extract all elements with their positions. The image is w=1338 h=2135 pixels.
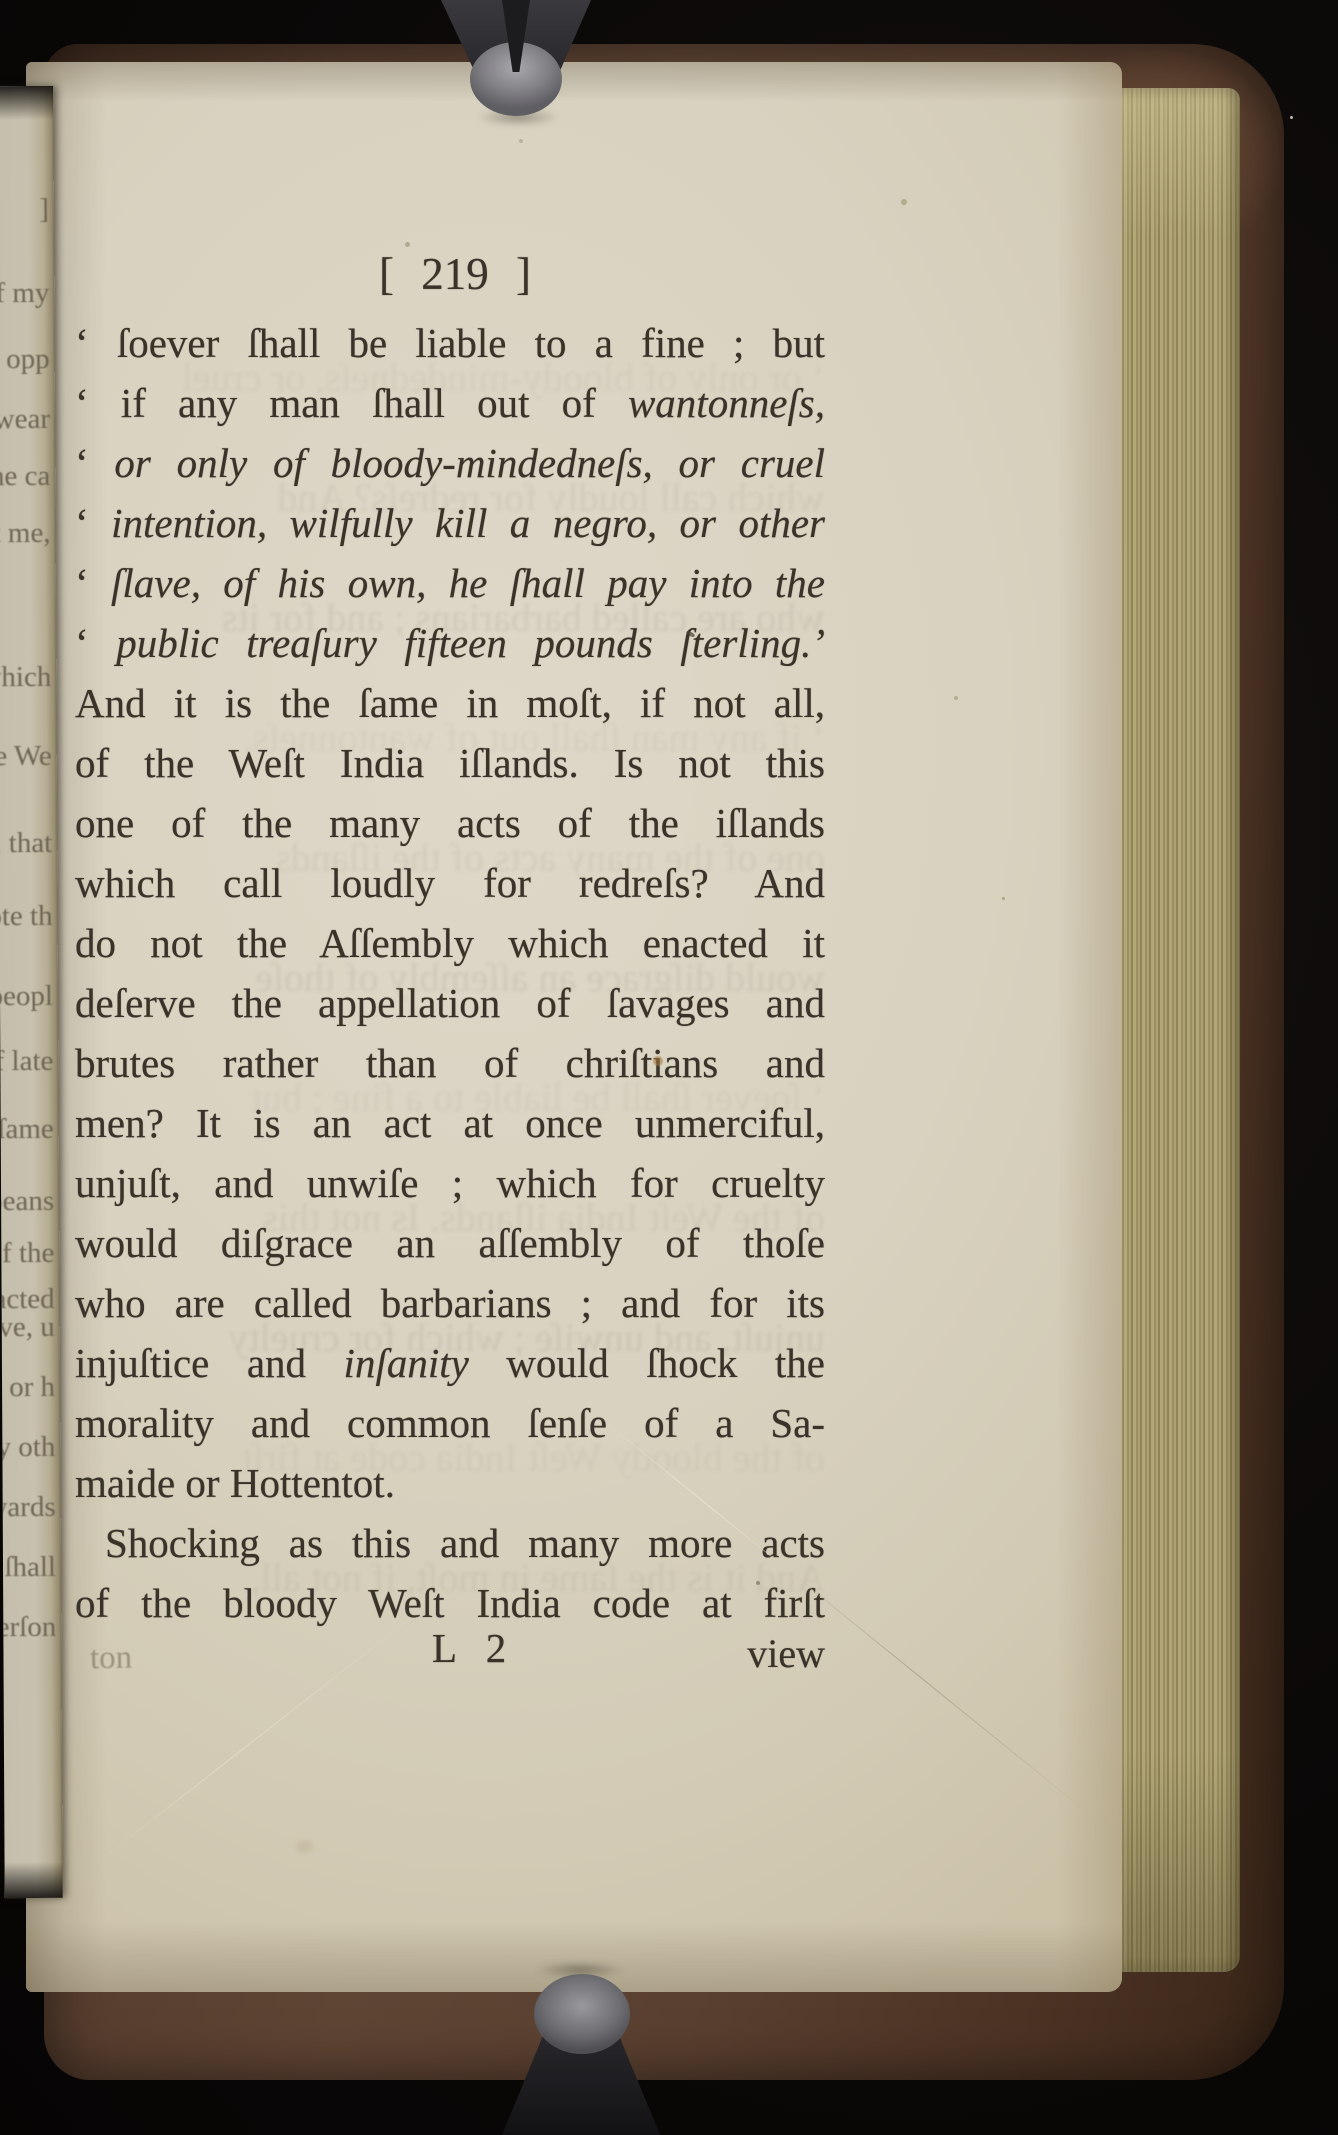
paper-speck [405,242,410,247]
text-segment: injuſtice and [75,1340,344,1386]
text-segment: do not the Aſſembly which enacted it [75,920,825,966]
text-segment: And it is the ſame in moſt, if not all, [75,680,825,726]
paper-speck [519,139,523,143]
paper-speck [1002,897,1005,900]
dust-speck [1290,116,1293,119]
text-segment: ‘ [75,500,111,546]
page-holder-clip-bottom [502,1974,660,2135]
text-segment: of the Weſt India iſlands. Is not this [75,740,825,786]
text-segment: ‘ [75,560,111,606]
text-line: ‘ ſlave, of his own, he ſhall pay into t… [75,555,825,615]
text-line: injuſtice and inſanity would ſhock the [75,1335,825,1395]
text-segment: inſanity [344,1340,469,1386]
text-segment: brutes rather than of chriſtians and [75,1040,825,1086]
text-segment: who are called barbarians ; and for its [75,1280,825,1326]
text-line: deſerve the appellation of ſavages and [75,975,825,1035]
paper-speck [756,1581,760,1585]
text-segment: public treaſury fifteen pounds ſterling.… [116,620,825,666]
previous-page-shadow [0,86,63,1898]
text-segment: Shocking as this and many more acts [105,1520,825,1566]
text-segment: would ſhock the [469,1340,825,1386]
text-line: brutes rather than of chriſtians and [75,1035,825,1095]
text-line: of the Weſt India iſlands. Is not this [75,735,825,795]
paper-speck [954,696,958,700]
text-line: which call loudly for redreſs? And [75,855,825,915]
text-segment: of the bloody Weſt India code at firſt [75,1580,825,1626]
book-photograph: ‘ or only of bloody-mindedneſs, or cruel… [0,0,1338,2135]
text-line: ‘ intention, wilfully kill a negro, or o… [75,495,825,555]
text-line: Shocking as this and many more acts [75,1515,825,1575]
text-segment: deſerve the appellation of ſavages and [75,980,825,1026]
text-segment: ‘ ſoever ſhall be liable to a fine ; but [75,320,825,366]
showthrough-stamp: ton [90,1640,133,1678]
page-number-header: [ 219 ] [305,248,605,300]
text-segment: morality and common ſenſe of a Sa- [75,1400,825,1446]
paper-stain [296,1840,313,1853]
catchword: view [695,1630,825,1677]
paper-speck [901,199,907,205]
text-segment: ‘ [75,620,116,666]
text-line: men? It is an act at once unmerciful, [75,1095,825,1155]
text-line: one of the many acts of the iſlands [75,795,825,855]
text-segment: men? It is an act at once unmerciful, [75,1100,825,1146]
text-line: And it is the ſame in moſt, if not all, [75,675,825,735]
text-segment: intention, wilfully kill a negro, or oth… [111,500,825,546]
text-segment: would diſgrace an aſſembly of thoſe [75,1220,825,1266]
text-segment: maide or Hottentot. [75,1460,395,1506]
text-line: ‘ public treaſury fifteen pounds ſterlin… [75,615,825,675]
signature-mark: L 2 [432,1624,506,1672]
text-line: morality and common ſenſe of a Sa- [75,1395,825,1455]
text-segment: wantonneſs, [628,380,825,426]
text-segment: which call loudly for redreſs? And [75,860,825,906]
text-segment: ſlave, of his own, he ſhall pay into the [111,560,825,606]
foxing-spot [653,1056,663,1066]
text-line: ‘ ſoever ſhall be liable to a fine ; but [75,315,825,375]
text-line: who are called barbarians ; and for its [75,1275,825,1335]
text-line: unjuſt, and unwiſe ; which for cruelty [75,1155,825,1215]
previous-page-edge: ]d of myn thus oppver, ſwearever he caho… [0,86,63,1898]
text-line: ‘ or only of bloody-mindedneſs, or cruel [75,435,825,495]
page-holder-clip-top [441,0,591,120]
text-segment: one of the many acts of the iſlands [75,800,825,846]
text-line: do not the Aſſembly which enacted it [75,915,825,975]
text-line: maide or Hottentot. [75,1455,825,1515]
clip-weight-tip [534,1974,630,2054]
text-segment: ‘ if any man ſhall out of [75,380,628,426]
text-segment: or only of bloody-mindedneſs, or cruel [114,440,825,486]
printed-text-layer: [ 219 ] ‘ ſoever ſhall be liable to a fi… [0,0,1338,2135]
text-segment: ‘ [75,440,114,486]
text-line: would diſgrace an aſſembly of thoſe [75,1215,825,1275]
text-line: ‘ if any man ſhall out of wantonneſs, [75,375,825,435]
text-segment: unjuſt, and unwiſe ; which for cruelty [75,1160,825,1206]
